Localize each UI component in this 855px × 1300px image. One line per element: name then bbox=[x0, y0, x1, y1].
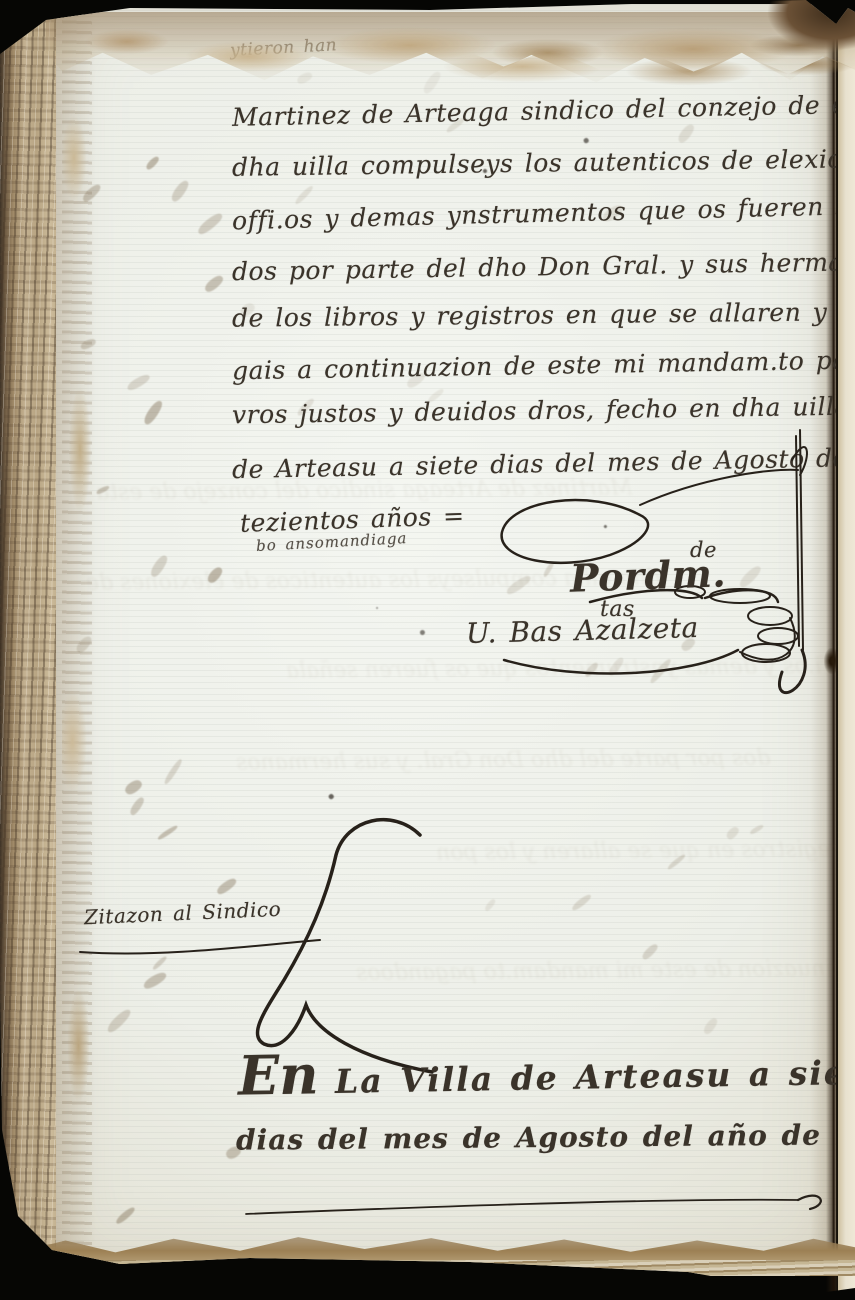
ink-bleed-mark bbox=[157, 824, 179, 842]
ink-bleed-mark bbox=[196, 210, 224, 237]
ink-bleed-mark bbox=[106, 1006, 133, 1035]
ink-bleed-mark bbox=[295, 70, 313, 87]
ink-bleed-mark bbox=[126, 371, 152, 393]
manuscript-line: dha uilla compulseys los autenticos de e… bbox=[232, 143, 836, 182]
ink-bleed-mark bbox=[115, 1205, 136, 1226]
flourish-loop bbox=[758, 628, 798, 644]
closing-line-1-rest: La Villa de Arteasu a siete bbox=[318, 1052, 836, 1101]
ink-bleed-mark bbox=[676, 122, 696, 145]
closing-line-1: En La Villa de Arteasu a siete bbox=[237, 1032, 836, 1107]
signature-name: U. Bas Azalzeta bbox=[466, 611, 700, 650]
damaged-top-line-fragment: ytieron han bbox=[230, 35, 338, 61]
ink-bleed-mark bbox=[571, 892, 593, 913]
ink-speck bbox=[328, 793, 334, 799]
illuminated-initial: En bbox=[237, 1042, 319, 1107]
flourish-path bbox=[257, 820, 432, 1072]
ink-bleed-mark bbox=[203, 273, 224, 295]
manuscript-line: gais a continuazion de este mi mandam.to… bbox=[232, 344, 836, 386]
ink-speck bbox=[376, 607, 379, 610]
end-rule-line bbox=[238, 1188, 836, 1224]
ink-bleed-mark bbox=[81, 182, 102, 205]
flourish-loop bbox=[748, 607, 792, 625]
ink-bleed-mark bbox=[79, 336, 97, 352]
manuscript-line: Martinez de Arteaga sindico del conzejo … bbox=[232, 89, 836, 132]
rule-path bbox=[246, 1200, 798, 1214]
flourish-path bbox=[796, 430, 803, 650]
manuscript-line: dos por parte del dho Don Gral. y sus he… bbox=[232, 247, 836, 286]
flourish-path bbox=[640, 470, 798, 505]
ink-bleed-mark bbox=[145, 155, 160, 172]
ink-bleed-mark bbox=[129, 795, 145, 816]
ink-bleed-mark bbox=[294, 184, 314, 206]
ink-bleed-mark bbox=[142, 969, 168, 992]
facing-page-strip bbox=[838, 0, 855, 1300]
book-page: Martinez de Arteaga sindico del conzejo … bbox=[0, 0, 855, 1300]
ink-bleed-mark bbox=[170, 178, 190, 203]
signature-word: Pordm. bbox=[569, 550, 726, 600]
ink-bleed-mark bbox=[123, 777, 143, 797]
ink-speck bbox=[419, 629, 426, 636]
handwriting-layer: Martinez de Arteaga sindico del conzejo … bbox=[56, 8, 836, 1264]
ink-bleed-mark bbox=[75, 634, 94, 655]
ink-bleed-mark bbox=[163, 758, 183, 786]
manuscript-photo: Martinez de Arteaga sindico del conzejo … bbox=[0, 0, 855, 1300]
ink-bleed-mark bbox=[422, 69, 443, 95]
ink-bleed-mark bbox=[749, 823, 764, 836]
manuscript-line: de los libros y registros en que se alla… bbox=[232, 296, 836, 332]
flourish-path bbox=[504, 650, 738, 673]
bleed-through-ghost-text: dos por parte del dho Don Gral. y sus he… bbox=[236, 746, 771, 776]
closing-line-2: dias del mes de Agosto del año de mill y… bbox=[236, 1116, 836, 1156]
rule-hook bbox=[798, 1196, 821, 1209]
ink-speck bbox=[583, 137, 589, 143]
ink-bleed-mark bbox=[702, 1016, 718, 1036]
manuscript-line: offi.os y demas ynstrumentos que os fuer… bbox=[232, 190, 836, 236]
ink-bleed-mark bbox=[142, 398, 164, 427]
